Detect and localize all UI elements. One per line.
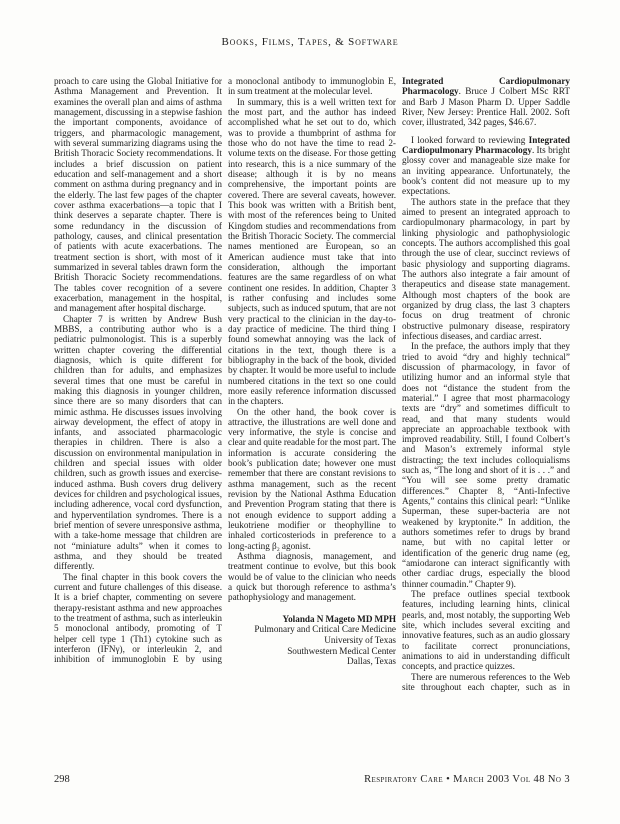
text-segment: In the preface, the authors imply that t…: [402, 341, 570, 589]
reviewer-affiliation-line: Dallas, Texas: [228, 656, 396, 667]
paragraph: In summary, this is a well written text …: [228, 97, 396, 407]
text-segment: There are numerous references to the Web…: [402, 672, 570, 692]
text-segment: In summary, this is a well written text …: [228, 97, 396, 407]
paragraph: Asthma diagnosis, management, and treatm…: [228, 551, 396, 603]
text-segment: The preface outlines special textbook fe…: [402, 589, 570, 671]
text-segment: Asthma diagnosis, management, and treatm…: [228, 551, 396, 602]
page-number: 298: [54, 774, 70, 785]
journal-footer: 298 Respiratory Care • March 2003 Vol 48…: [54, 774, 570, 785]
text-segment: The authors state in the preface that th…: [402, 197, 570, 341]
text-segment: a monoclonal antibody to immunoglobin E,…: [228, 76, 396, 96]
reviewer-name: Yolanda N Mageto MD MPH: [228, 614, 396, 625]
reviewer-affiliation-line: Southwestern Medical Center: [228, 646, 396, 657]
text-segment: proach to care using the Global Initiati…: [54, 76, 222, 313]
paragraph: There are numerous references to the Web…: [402, 672, 570, 693]
paragraph: Chapter 7 is written by Andrew Bush MBBS…: [54, 314, 222, 572]
paragraph: I looked forward to reviewing Integrated…: [402, 135, 570, 197]
paragraph: a monoclonal antibody to immunoglobin E,…: [228, 76, 396, 97]
paragraph: The preface outlines special textbook fe…: [402, 589, 570, 672]
reviewer-affiliation-line: Pulmonary and Critical Care Medicine: [228, 624, 396, 635]
text-column-2: a monoclonal antibody to immunoglobin E,…: [228, 76, 396, 692]
running-head: Books, Films, Tapes, & Software: [0, 36, 620, 48]
text-segment: The final chapter in this book covers th…: [54, 572, 222, 665]
book-citation: Integrated Cardiopulmonary Pharmacology.…: [402, 76, 570, 128]
document-page: Books, Films, Tapes, & Software proach t…: [0, 0, 620, 824]
journal-volume-line: Respiratory Care • March 2003 Vol 48 No …: [364, 774, 570, 785]
text-segment: I looked forward to reviewing: [411, 135, 529, 145]
paragraph: proach to care using the Global Initiati…: [54, 76, 222, 314]
reviewer-signature: Yolanda N Mageto MD MPHPulmonary and Cri…: [228, 614, 396, 667]
paragraph: The authors state in the preface that th…: [402, 197, 570, 342]
paragraph: In the preface, the authors imply that t…: [402, 341, 570, 589]
text-segment: Chapter 7 is written by Andrew Bush MBBS…: [54, 314, 222, 572]
columns: proach to care using the Global Initiati…: [54, 76, 570, 692]
text-segment: On the other hand, the book cover is att…: [228, 407, 396, 551]
paragraph: On the other hand, the book cover is att…: [228, 407, 396, 552]
paragraph: The final chapter in this book covers th…: [54, 572, 222, 665]
text-column-1: proach to care using the Global Initiati…: [54, 76, 222, 692]
text-column-3: Integrated Cardiopulmonary Pharmacology.…: [402, 76, 570, 692]
reviewer-affiliation-line: University of Texas: [228, 635, 396, 646]
